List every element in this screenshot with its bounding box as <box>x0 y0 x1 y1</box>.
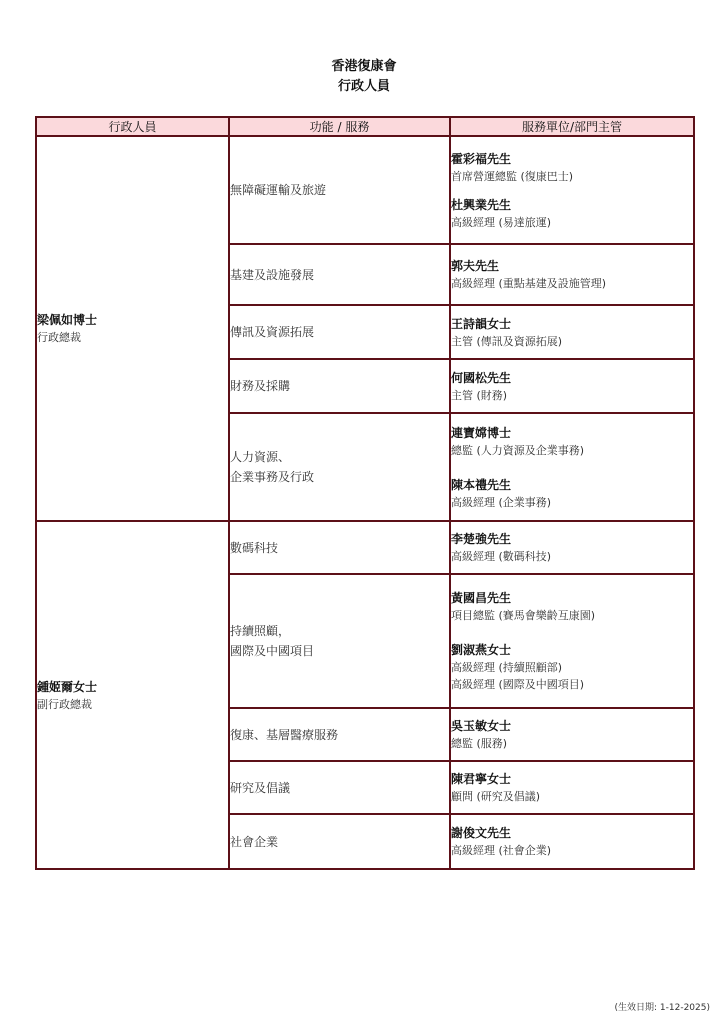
function-cell: 無障礙運輸及旅遊 <box>229 136 450 244</box>
function-cell: 人力資源、 企業事務及行政 <box>229 413 450 521</box>
head-name: 郭夫先生 <box>451 257 693 275</box>
unit-head: 杜興業先生高級經理 (易達旅運) <box>451 196 693 231</box>
head-name: 何國松先生 <box>451 369 693 387</box>
head-role: 主管 (財務) <box>451 387 693 404</box>
head-name: 杜興業先生 <box>451 196 693 214</box>
table-header-row: 行政人員 功能 / 服務 服務單位/部門主管 <box>36 117 694 136</box>
function-cell: 財務及採購 <box>229 359 450 413</box>
unit-head-cell: 王詩韻女士主管 (傳訊及資源拓展) <box>450 305 694 359</box>
unit-head-cell: 連寶嫦博士總監 (人力資源及企業事務) 陳本禮先生高級經理 (企業事務) <box>450 413 694 521</box>
table-row: 梁佩如博士 行政總裁 無障礙運輸及旅遊 霍彩福先生首席營運總監 (復康巴士) 杜… <box>36 136 694 244</box>
unit-head: 謝俊文先生高級經理 (社會企業) <box>451 824 693 859</box>
unit-head: 連寶嫦博士總監 (人力資源及企業事務) <box>451 424 693 459</box>
function-label: 復康、基層醫療服務 <box>230 725 449 745</box>
head-role: 高級經理 (重點基建及設施管理) <box>451 275 693 292</box>
function-label: 無障礙運輸及旅遊 <box>230 180 449 200</box>
table-row: 鍾姬爾女士 副行政總裁 數碼科技 李楚強先生高級經理 (數碼科技) <box>36 521 694 574</box>
function-label: 基建及設施發展 <box>230 265 449 285</box>
function-label: 人力資源、 <box>230 447 449 467</box>
function-label: 企業事務及行政 <box>230 467 449 487</box>
executive-cell: 鍾姬爾女士 副行政總裁 <box>36 521 229 869</box>
unit-head-cell: 謝俊文先生高級經理 (社會企業) <box>450 814 694 869</box>
head-role: 高級經理 (企業事務) <box>451 494 693 511</box>
head-role: 高級經理 (國際及中國項目) <box>451 676 693 693</box>
function-label: 研究及倡議 <box>230 778 449 798</box>
head-name: 黃國昌先生 <box>451 589 693 607</box>
unit-head: 陳君寧女士顧問 (研究及倡議) <box>451 770 693 805</box>
unit-head: 李楚強先生高級經理 (數碼科技) <box>451 530 693 565</box>
function-label: 持續照顧， <box>230 621 449 641</box>
column-header-executive: 行政人員 <box>36 117 229 136</box>
unit-head-cell: 李楚強先生高級經理 (數碼科技) <box>450 521 694 574</box>
function-label: 財務及採購 <box>230 376 449 396</box>
head-role: 總監 (服務) <box>451 735 693 752</box>
head-name: 陳君寧女士 <box>451 770 693 788</box>
organization-title: 香港復康會 <box>0 55 728 74</box>
executive-table: 行政人員 功能 / 服務 服務單位/部門主管 梁佩如博士 行政總裁 無障礙運輸及… <box>35 116 695 870</box>
head-name: 謝俊文先生 <box>451 824 693 842</box>
head-role: 總監 (人力資源及企業事務) <box>451 442 693 459</box>
function-cell: 持續照顧， 國際及中國項目 <box>229 574 450 708</box>
head-name: 陳本禮先生 <box>451 476 693 494</box>
head-role: 高級經理 (易達旅運) <box>451 214 693 231</box>
head-role: 主管 (傳訊及資源拓展) <box>451 333 693 350</box>
unit-head: 何國松先生主管 (財務) <box>451 369 693 404</box>
executive-name: 梁佩如博士 <box>37 311 228 329</box>
head-role: 高級經理 (持續照顧部) <box>451 659 693 676</box>
unit-head: 吳玉敏女士總監 (服務) <box>451 717 693 752</box>
executive-title: 行政總裁 <box>37 329 228 346</box>
function-label: 傳訊及資源拓展 <box>230 322 449 342</box>
executive-name: 鍾姬爾女士 <box>37 678 228 696</box>
function-cell: 社會企業 <box>229 814 450 869</box>
function-cell: 傳訊及資源拓展 <box>229 305 450 359</box>
head-role: 高級經理 (數碼科技) <box>451 548 693 565</box>
unit-head-cell: 黃國昌先生項目總監 (賽馬會樂齡互康園) 劉淑燕女士高級經理 (持續照顧部)高級… <box>450 574 694 708</box>
unit-head-cell: 霍彩福先生首席營運總監 (復康巴士) 杜興業先生高級經理 (易達旅運) <box>450 136 694 244</box>
function-cell: 基建及設施發展 <box>229 244 450 305</box>
unit-head: 霍彩福先生首席營運總監 (復康巴士) <box>451 150 693 185</box>
function-cell: 研究及倡議 <box>229 761 450 814</box>
function-cell: 數碼科技 <box>229 521 450 574</box>
function-label: 社會企業 <box>230 832 449 852</box>
unit-head-cell: 吳玉敏女士總監 (服務) <box>450 708 694 761</box>
unit-head: 劉淑燕女士高級經理 (持續照顧部)高級經理 (國際及中國項目) <box>451 641 693 693</box>
function-cell: 復康、基層醫療服務 <box>229 708 450 761</box>
unit-head: 郭夫先生高級經理 (重點基建及設施管理) <box>451 257 693 292</box>
unit-head-cell: 何國松先生主管 (財務) <box>450 359 694 413</box>
head-name: 王詩韻女士 <box>451 315 693 333</box>
head-name: 吳玉敏女士 <box>451 717 693 735</box>
head-role: 顧問 (研究及倡議) <box>451 788 693 805</box>
unit-head-cell: 郭夫先生高級經理 (重點基建及設施管理) <box>450 244 694 305</box>
unit-head-cell: 陳君寧女士顧問 (研究及倡議) <box>450 761 694 814</box>
unit-head: 陳本禮先生高級經理 (企業事務) <box>451 476 693 511</box>
executive-title: 副行政總裁 <box>37 696 228 713</box>
head-name: 劉淑燕女士 <box>451 641 693 659</box>
function-label: 國際及中國項目 <box>230 641 449 661</box>
head-name: 李楚強先生 <box>451 530 693 548</box>
head-role: 首席營運總監 (復康巴士) <box>451 168 693 185</box>
executive-cell: 梁佩如博士 行政總裁 <box>36 136 229 521</box>
head-name: 連寶嫦博士 <box>451 424 693 442</box>
head-role: 項目總監 (賽馬會樂齡互康園) <box>451 607 693 624</box>
head-role: 高級經理 (社會企業) <box>451 842 693 859</box>
unit-head: 黃國昌先生項目總監 (賽馬會樂齡互康園) <box>451 589 693 624</box>
unit-head: 王詩韻女士主管 (傳訊及資源拓展) <box>451 315 693 350</box>
head-name: 霍彩福先生 <box>451 150 693 168</box>
function-label: 數碼科技 <box>230 538 449 558</box>
page-subtitle: 行政人員 <box>0 75 728 94</box>
column-header-unit-head: 服務單位/部門主管 <box>450 117 694 136</box>
column-header-function: 功能 / 服務 <box>229 117 450 136</box>
effective-date: (生效日期: 1-12-2025) <box>615 1000 711 1013</box>
